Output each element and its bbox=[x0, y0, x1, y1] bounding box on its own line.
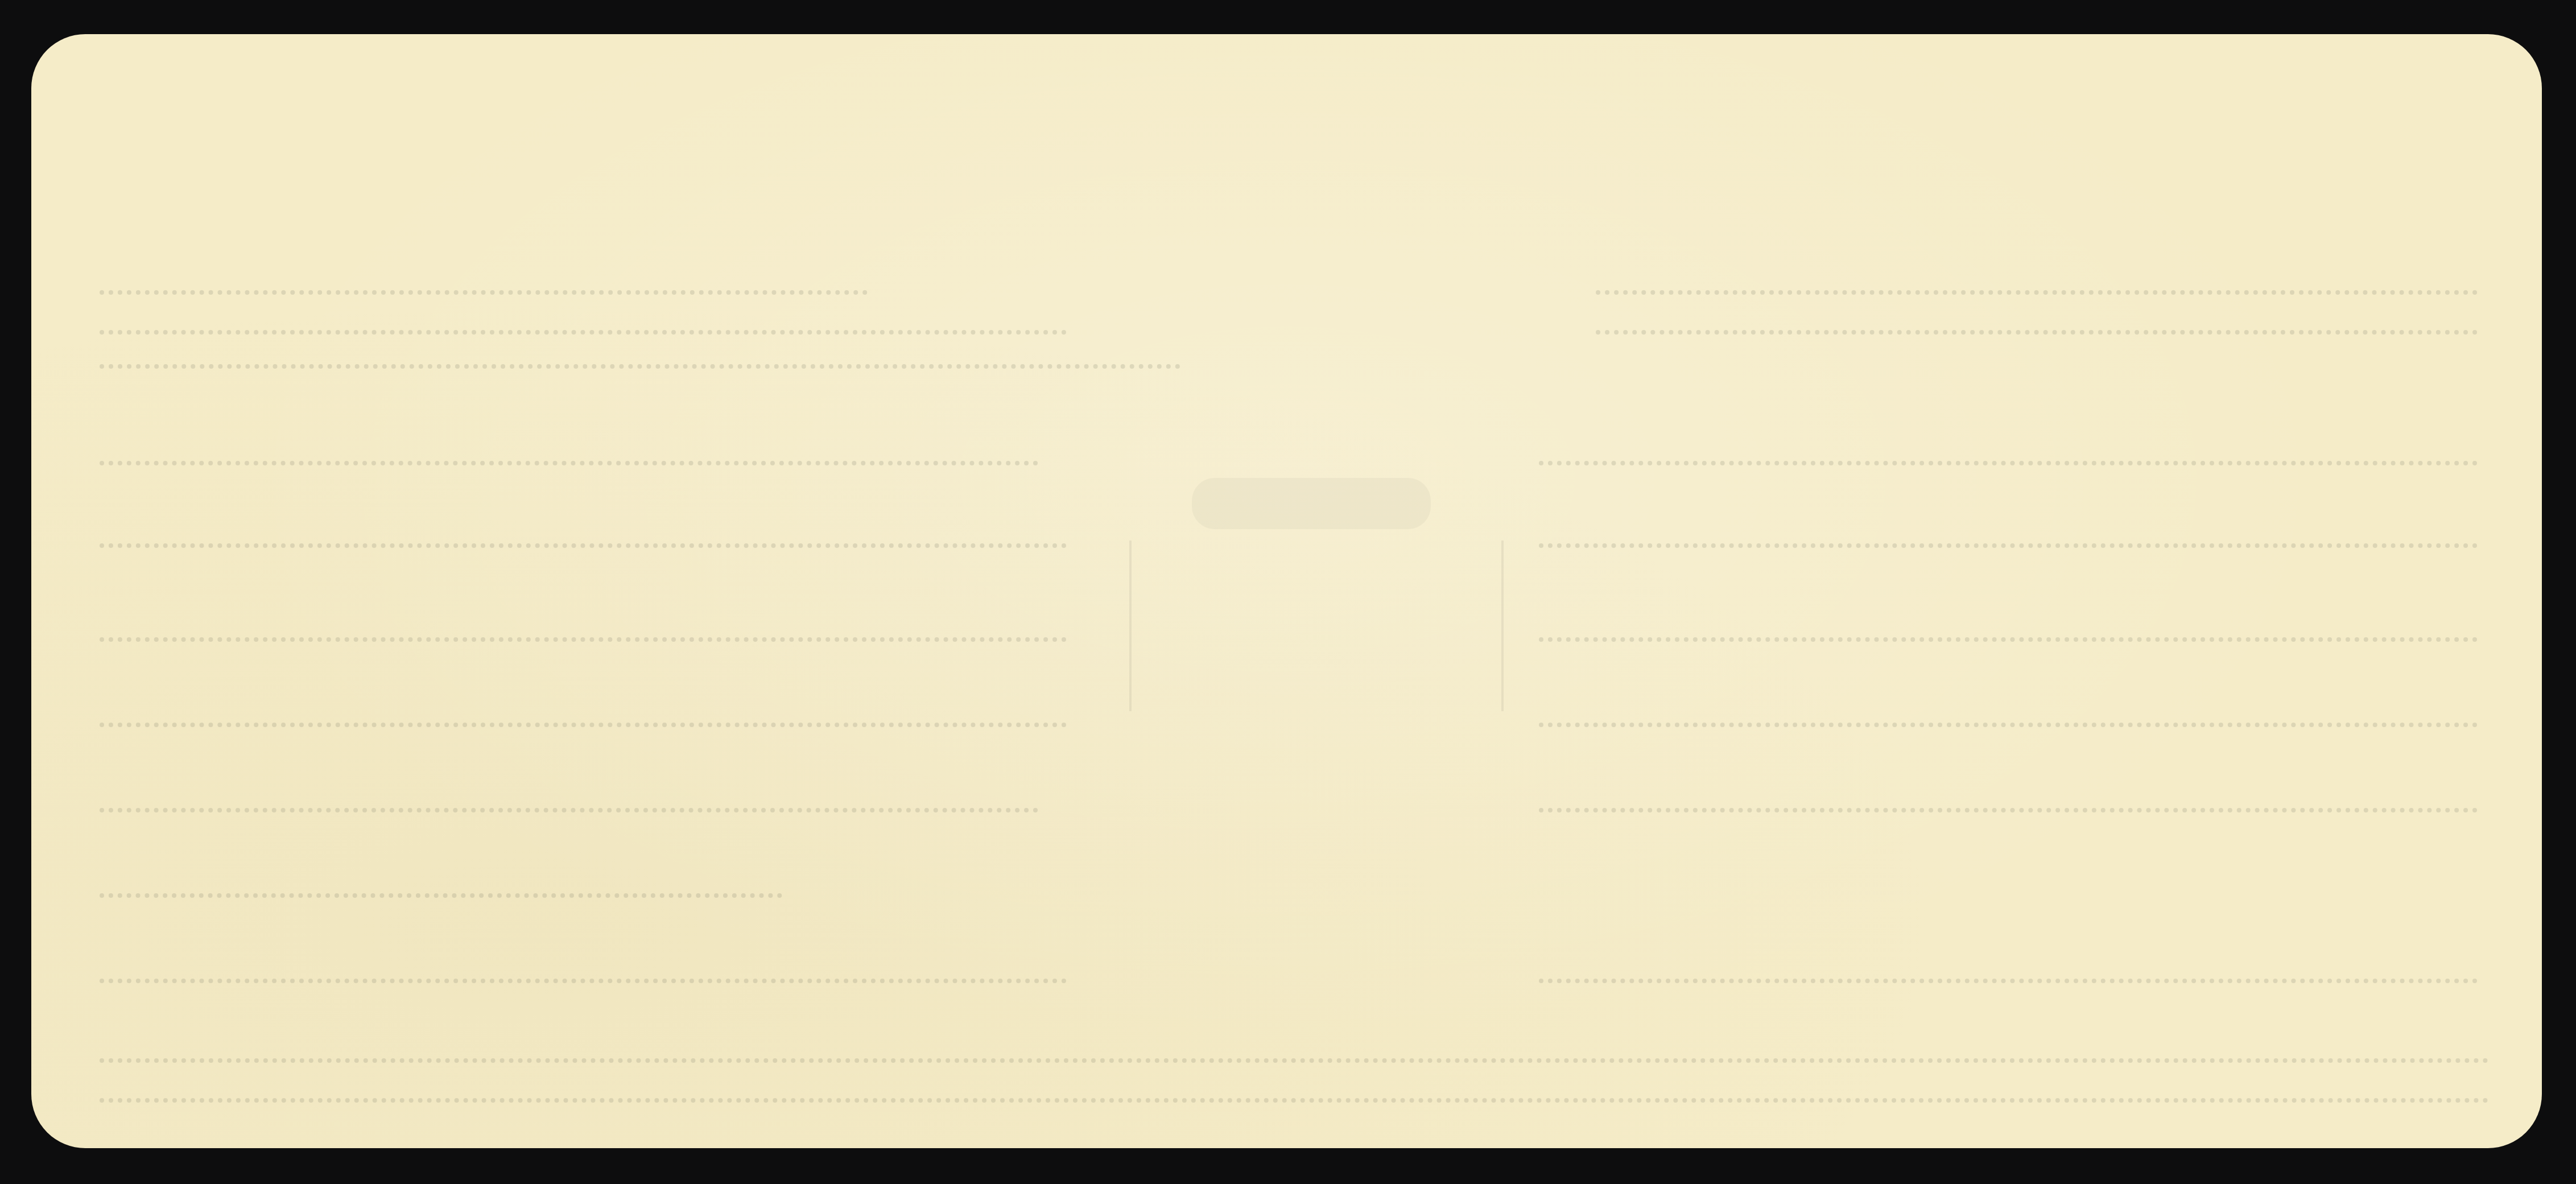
show-through-title bbox=[759, 142, 1840, 211]
show-through-row bbox=[1539, 979, 2478, 983]
show-through-row bbox=[100, 723, 1067, 727]
show-through-row bbox=[100, 979, 1067, 983]
show-through-row bbox=[100, 461, 1038, 465]
show-through-row bbox=[100, 893, 782, 898]
show-through-row bbox=[1539, 808, 2478, 812]
show-through-row bbox=[100, 808, 1038, 812]
show-through-row bbox=[1539, 461, 2478, 465]
show-through-row bbox=[100, 364, 1180, 369]
show-through-box bbox=[1129, 541, 1504, 711]
show-through-row bbox=[1596, 290, 2478, 295]
show-through-row bbox=[100, 330, 1067, 335]
register-card bbox=[31, 34, 2542, 1148]
show-through-row bbox=[100, 543, 1067, 548]
show-through-row bbox=[100, 290, 868, 295]
show-through-row bbox=[1539, 543, 2478, 548]
show-through-row bbox=[1539, 723, 2478, 727]
show-through-row bbox=[100, 1058, 2489, 1063]
show-through-row bbox=[1539, 637, 2478, 642]
show-through-row bbox=[100, 1098, 2489, 1103]
show-through-row bbox=[100, 637, 1067, 642]
show-through-row bbox=[1596, 330, 2478, 335]
show-through-stamp bbox=[1192, 478, 1431, 529]
